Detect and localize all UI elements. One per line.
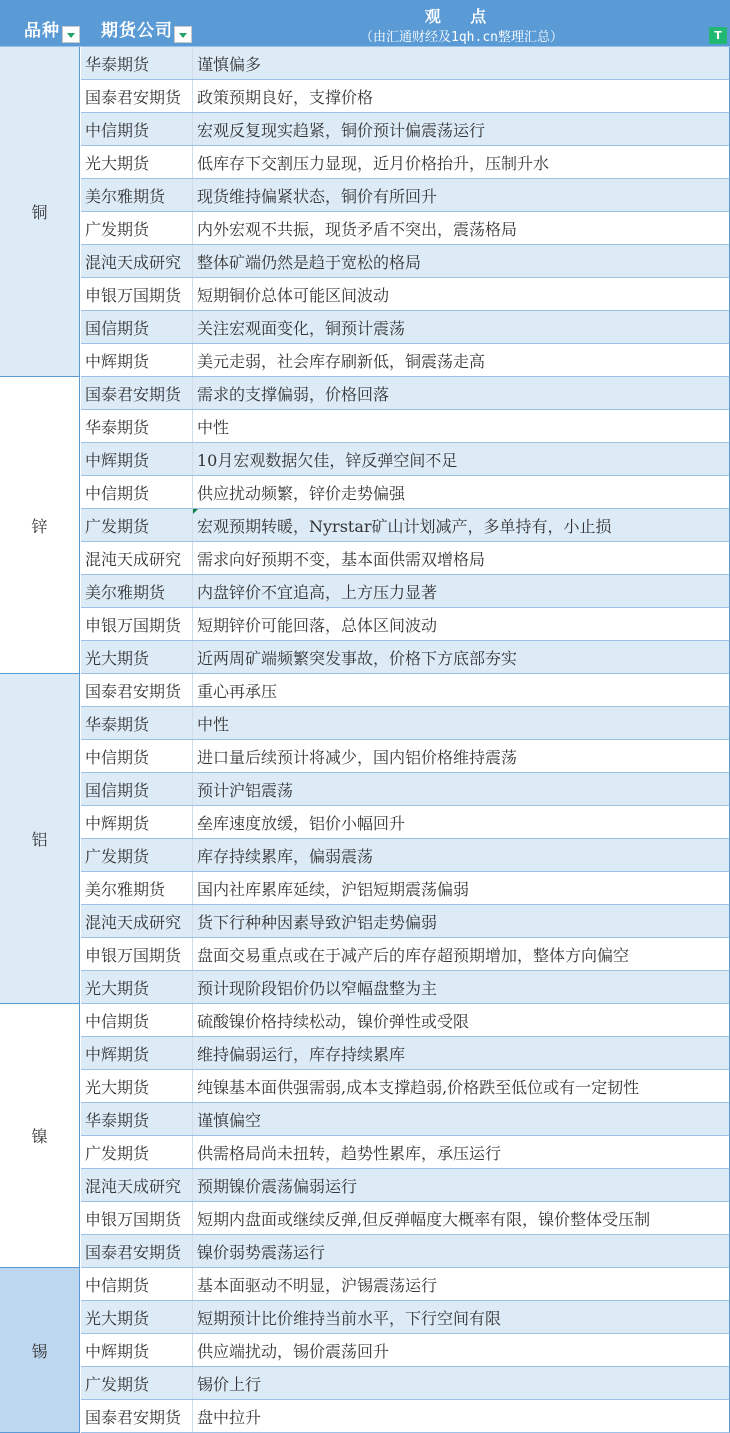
company-cell[interactable]: 申银万国期货	[81, 608, 193, 640]
company-cell[interactable]: 广发期货	[81, 839, 193, 871]
company-cell[interactable]: 国信期货	[81, 773, 193, 805]
company-cell[interactable]: 申银万国期货	[81, 938, 193, 970]
company-cell[interactable]: 广发期货	[81, 212, 193, 244]
company-cell[interactable]: 国泰君安期货	[81, 1400, 193, 1432]
header-company-cell[interactable]: 期货公司	[81, 0, 193, 46]
table-row: 广发期货锡价上行	[81, 1367, 730, 1400]
table-row: 中信期货供应扰动频繁，锌价走势偏强	[81, 476, 730, 509]
view-cell[interactable]: 供应端扰动，锡价震荡回升	[193, 1339, 729, 1362]
table-row: 广发期货内外宏观不共振，现货矛盾不突出，震荡格局	[81, 212, 730, 245]
table-row: 光大期货预计现阶段铝价仍以窄幅盘整为主	[81, 971, 730, 1004]
filter-dropdown-category-icon[interactable]	[62, 26, 80, 43]
table-row: 中信期货硫酸镍价格持续松动，镍价弹性或受限	[81, 1004, 730, 1037]
company-cell[interactable]: 混沌天成研究	[81, 905, 193, 937]
table-row: 美尔雅期货内盘锌价不宜追高，上方压力显著	[81, 575, 730, 608]
company-cell[interactable]: 广发期货	[81, 1136, 193, 1168]
table-row: 广发期货供需格局尚未扭转，趋势性累库，承压运行	[81, 1136, 730, 1169]
company-cell[interactable]: 光大期货	[81, 641, 193, 673]
table-row: 混沌天成研究需求向好预期不变，基本面供需双增格局	[81, 542, 730, 575]
company-cell[interactable]: 美尔雅期货	[81, 872, 193, 904]
view-cell[interactable]: 货下行种种因素导致沪铝走势偏弱	[193, 910, 729, 933]
company-cell[interactable]: 国泰君安期货	[81, 674, 193, 706]
table-row: 美尔雅期货现货维持偏紧状态，铜价有所回升	[81, 179, 730, 212]
view-cell[interactable]: 10月宏观数据欠佳，锌反弹空间不足	[193, 448, 729, 471]
table-row: 国泰君安期货盘中拉升	[81, 1400, 730, 1433]
view-cell[interactable]: 谨慎偏空	[193, 1108, 729, 1131]
table-row: 华泰期货中性	[81, 410, 730, 443]
table-row: 混沌天成研究货下行种种因素导致沪铝走势偏弱	[81, 905, 730, 938]
table-row: 中信期货基本面驱动不明显，沪锡震荡运行	[81, 1268, 730, 1301]
header-view-cell[interactable]: 观 点 （由汇通财经及1qh.cn整理汇总） T	[193, 0, 730, 46]
table-row: 美尔雅期货国内社库累库延续，沪铝短期震荡偏弱	[81, 872, 730, 905]
view-cell[interactable]: 锡价上行	[193, 1372, 729, 1395]
category-group: 铝国泰君安期货重心再承压华泰期货中性中信期货进口量后续预计将减少，国内铝价格维持…	[0, 674, 730, 1004]
view-cell[interactable]: 短期铜价总体可能区间波动	[193, 283, 729, 306]
company-cell[interactable]: 中辉期货	[81, 1037, 193, 1069]
header-view-subtitle: （由汇通财经及1qh.cn整理汇总）	[193, 26, 730, 45]
company-cell[interactable]: 中信期货	[81, 113, 193, 145]
view-cell[interactable]: 政策预期良好，支撑价格	[193, 85, 729, 108]
view-cell[interactable]: 中性	[193, 712, 729, 735]
table-row: 中辉期货垒库速度放缓，铝价小幅回升	[81, 806, 730, 839]
view-cell[interactable]: 供需格局尚未扭转，趋势性累库，承压运行	[193, 1141, 729, 1164]
company-cell[interactable]: 混沌天成研究	[81, 1169, 193, 1201]
view-cell[interactable]: 预计现阶段铝价仍以窄幅盘整为主	[193, 976, 729, 999]
company-cell[interactable]: 中辉期货	[81, 806, 193, 838]
header-category-cell[interactable]: 品种	[0, 0, 81, 46]
view-cell[interactable]: 进口量后续预计将减少，国内铝价格维持震荡	[193, 745, 729, 768]
company-cell[interactable]: 美尔雅期货	[81, 179, 193, 211]
view-cell[interactable]: 纯镍基本面供强需弱,成本支撑趋弱,价格跌至低位或有一定韧性	[193, 1075, 729, 1098]
view-cell[interactable]: 短期预计比价维持当前水平，下行空间有限	[193, 1306, 729, 1329]
table-row: 中辉期货美元走弱，社会库存刷新低，铜震荡走高	[81, 344, 730, 377]
header-category-label: 品种	[24, 16, 60, 41]
company-cell[interactable]: 光大期货	[81, 1301, 193, 1333]
view-cell[interactable]: 近两周矿端频繁突发事故，价格下方底部夯实	[193, 646, 729, 669]
table-row: 中辉期货维持偏弱运行，库存持续累库	[81, 1037, 730, 1070]
view-cell[interactable]: 内盘锌价不宜追高，上方压力显著	[193, 580, 729, 603]
table-row: 光大期货近两周矿端频繁突发事故，价格下方底部夯实	[81, 641, 730, 674]
category-cell[interactable]: 锌	[0, 377, 80, 674]
category-cell[interactable]: 铜	[0, 47, 80, 377]
view-cell[interactable]: 预期镍价震荡偏弱运行	[193, 1174, 729, 1197]
table-row: 申银万国期货盘面交易重点或在于减产后的库存超预期增加，整体方向偏空	[81, 938, 730, 971]
company-cell[interactable]: 华泰期货	[81, 707, 193, 739]
view-cell[interactable]: 宏观反复现实趋紧，铜价预计偏震荡运行	[193, 118, 729, 141]
view-cell[interactable]: 低库存下交割压力显现，近月价格抬升，压制升水	[193, 151, 729, 174]
company-cell[interactable]: 光大期货	[81, 146, 193, 178]
view-cell[interactable]: 盘面交易重点或在于减产后的库存超预期增加，整体方向偏空	[193, 943, 729, 966]
cell-comment-indicator-icon	[193, 509, 198, 514]
company-cell[interactable]: 混沌天成研究	[81, 542, 193, 574]
table-row: 中信期货进口量后续预计将减少，国内铝价格维持震荡	[81, 740, 730, 773]
view-cell[interactable]: 谨慎偏多	[193, 52, 729, 75]
category-group: 铜华泰期货谨慎偏多国泰君安期货政策预期良好，支撑价格中信期货宏观反复现实趋紧，铜…	[0, 47, 730, 377]
table-row: 中信期货宏观反复现实趋紧，铜价预计偏震荡运行	[81, 113, 730, 146]
company-cell[interactable]: 中信期货	[81, 1004, 193, 1036]
company-cell[interactable]: 中辉期货	[81, 344, 193, 376]
table-row: 光大期货短期预计比价维持当前水平，下行空间有限	[81, 1301, 730, 1334]
table-row: 国泰君安期货需求的支撑偏弱，价格回落	[81, 377, 730, 410]
view-cell[interactable]: 国内社库累库延续，沪铝短期震荡偏弱	[193, 877, 729, 900]
view-cell[interactable]: 需求向好预期不变，基本面供需双增格局	[193, 547, 729, 570]
view-cell[interactable]: 库存持续累库，偏弱震荡	[193, 844, 729, 867]
company-cell[interactable]: 国泰君安期货	[81, 1235, 193, 1267]
table-row: 混沌天成研究整体矿端仍然是趋于宽松的格局	[81, 245, 730, 278]
view-cell[interactable]: 基本面驱动不明显，沪锡震荡运行	[193, 1273, 729, 1296]
view-cell[interactable]: 关注宏观面变化，铜预计震荡	[193, 316, 729, 339]
header-company-label: 期货公司	[101, 16, 173, 41]
category-group: 锌国泰君安期货需求的支撑偏弱，价格回落华泰期货中性中辉期货10月宏观数据欠佳，锌…	[0, 377, 730, 674]
company-cell[interactable]: 申银万国期货	[81, 1202, 193, 1234]
table-row: 光大期货纯镍基本面供强需弱,成本支撑趋弱,价格跌至低位或有一定韧性	[81, 1070, 730, 1103]
company-cell[interactable]: 中信期货	[81, 1268, 193, 1300]
category-group: 锡中信期货基本面驱动不明显，沪锡震荡运行光大期货短期预计比价维持当前水平，下行空…	[0, 1268, 730, 1433]
table-row: 华泰期货谨慎偏多	[81, 47, 730, 80]
view-cell[interactable]: 中性	[193, 415, 729, 438]
view-cell[interactable]: 整体矿端仍然是趋于宽松的格局	[193, 250, 729, 273]
company-cell[interactable]: 中辉期货	[81, 443, 193, 475]
view-cell[interactable]: 预计沪铝震荡	[193, 778, 729, 801]
company-cell[interactable]: 光大期货	[81, 971, 193, 1003]
view-cell[interactable]: 宏观预期转暖，Nyrstar矿山计划减产，多单持有，小止损	[193, 514, 729, 537]
table-row: 申银万国期货短期铜价总体可能区间波动	[81, 278, 730, 311]
view-cell[interactable]: 硫酸镍价格持续松动，镍价弹性或受限	[193, 1009, 729, 1032]
company-cell[interactable]: 华泰期货	[81, 410, 193, 442]
view-cell[interactable]: 短期内盘面或继续反弹,但反弹幅度大概率有限，镍价整体受压制	[193, 1207, 729, 1230]
table-row: 国泰君安期货政策预期良好，支撑价格	[81, 80, 730, 113]
active-filter-icon[interactable]: T	[709, 27, 727, 44]
table-row: 国信期货预计沪铝震荡	[81, 773, 730, 806]
table-row: 中辉期货10月宏观数据欠佳，锌反弹空间不足	[81, 443, 730, 476]
view-cell[interactable]: 维持偏弱运行，库存持续累库	[193, 1042, 729, 1065]
spreadsheet: 品种 期货公司 观 点 （由汇通财经及1qh.cn整理汇总） T 铜华泰期货谨慎…	[0, 0, 730, 1433]
view-cell[interactable]: 镍价弱势震荡运行	[193, 1240, 729, 1263]
view-cell[interactable]: 内外宏观不共振，现货矛盾不突出，震荡格局	[193, 217, 729, 240]
company-cell[interactable]: 广发期货	[81, 509, 193, 541]
table-row: 华泰期货谨慎偏空	[81, 1103, 730, 1136]
view-cell[interactable]: 短期锌价可能回落，总体区间波动	[193, 613, 729, 636]
company-cell[interactable]: 中信期货	[81, 476, 193, 508]
company-cell[interactable]: 华泰期货	[81, 1103, 193, 1135]
table-row: 广发期货宏观预期转暖，Nyrstar矿山计划减产，多单持有，小止损	[81, 509, 730, 542]
table-row: 国泰君安期货重心再承压	[81, 674, 730, 707]
company-cell[interactable]: 申银万国期货	[81, 278, 193, 310]
company-cell[interactable]: 美尔雅期货	[81, 575, 193, 607]
table-row: 国泰君安期货镍价弱势震荡运行	[81, 1235, 730, 1268]
company-cell[interactable]: 中信期货	[81, 740, 193, 772]
view-cell[interactable]: 需求的支撑偏弱，价格回落	[193, 382, 729, 405]
category-cell[interactable]: 铝	[0, 674, 80, 1004]
header-view-title: 观 点	[193, 4, 730, 27]
category-cell[interactable]: 镍	[0, 1004, 80, 1268]
table-row: 申银万国期货短期锌价可能回落，总体区间波动	[81, 608, 730, 641]
table-row: 广发期货库存持续累库，偏弱震荡	[81, 839, 730, 872]
company-cell[interactable]: 国泰君安期货	[81, 377, 193, 409]
table-row: 国信期货关注宏观面变化，铜预计震荡	[81, 311, 730, 344]
header-row: 品种 期货公司 观 点 （由汇通财经及1qh.cn整理汇总） T	[0, 0, 730, 47]
table-row: 申银万国期货短期内盘面或继续反弹,但反弹幅度大概率有限，镍价整体受压制	[81, 1202, 730, 1235]
filter-dropdown-company-icon[interactable]	[174, 26, 192, 43]
view-cell[interactable]: 美元走弱，社会库存刷新低，铜震荡走高	[193, 349, 729, 372]
category-group: 镍中信期货硫酸镍价格持续松动，镍价弹性或受限中辉期货维持偏弱运行，库存持续累库光…	[0, 1004, 730, 1268]
company-cell[interactable]: 混沌天成研究	[81, 245, 193, 277]
company-cell[interactable]: 华泰期货	[81, 47, 193, 79]
view-cell[interactable]: 盘中拉升	[193, 1405, 729, 1428]
table-body: 铜华泰期货谨慎偏多国泰君安期货政策预期良好，支撑价格中信期货宏观反复现实趋紧，铜…	[0, 47, 730, 1433]
company-cell[interactable]: 中辉期货	[81, 1334, 193, 1366]
view-cell[interactable]: 垒库速度放缓，铝价小幅回升	[193, 811, 729, 834]
table-row: 光大期货低库存下交割压力显现，近月价格抬升，压制升水	[81, 146, 730, 179]
company-cell[interactable]: 光大期货	[81, 1070, 193, 1102]
table-row: 华泰期货中性	[81, 707, 730, 740]
company-cell[interactable]: 广发期货	[81, 1367, 193, 1399]
category-cell[interactable]: 锡	[0, 1268, 80, 1433]
table-row: 混沌天成研究预期镍价震荡偏弱运行	[81, 1169, 730, 1202]
view-cell[interactable]: 现货维持偏紧状态，铜价有所回升	[193, 184, 729, 207]
table-row: 中辉期货供应端扰动，锡价震荡回升	[81, 1334, 730, 1367]
company-cell[interactable]: 国泰君安期货	[81, 80, 193, 112]
view-cell[interactable]: 供应扰动频繁，锌价走势偏强	[193, 481, 729, 504]
view-cell[interactable]: 重心再承压	[193, 679, 729, 702]
company-cell[interactable]: 国信期货	[81, 311, 193, 343]
